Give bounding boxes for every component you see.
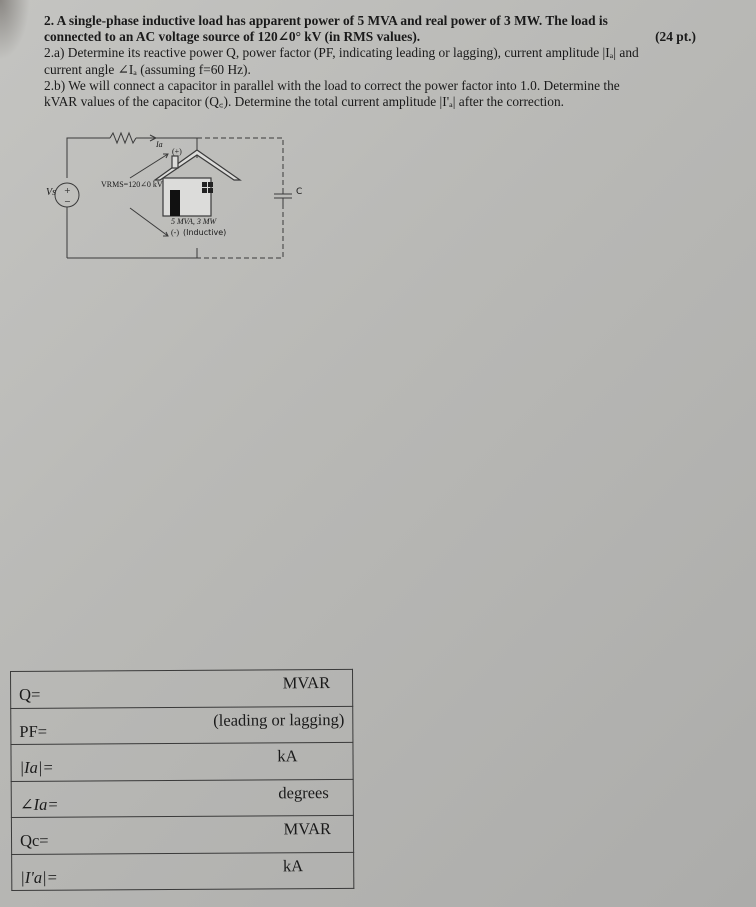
question-part-b-line-2: kVAR values of the capacitor (Q꜀). Deter… — [44, 94, 694, 110]
question-line-2-text: connected to an AC voltage source of 120… — [44, 29, 420, 44]
table-row: Qc=MVAR — [11, 815, 353, 854]
table-row: |Ia|=kA — [11, 742, 353, 781]
load-rating-label: 5 MVA, 3 MW — [171, 217, 216, 226]
row-unit: kA — [277, 746, 297, 766]
house-load-icon — [155, 150, 240, 216]
circuit-diagram: + − — [50, 118, 300, 263]
resistor-icon — [110, 133, 136, 143]
question-part-a-line-1: 2.a) Determine its reactive power Q, pow… — [44, 45, 694, 61]
question-text: 2. A single-phase inductive load has app… — [44, 13, 694, 110]
current-label: Ia — [156, 140, 163, 149]
capacitor-icon — [274, 188, 292, 204]
answer-table: Q=MVAR PF=(leading or lagging) |Ia|=kA ∠… — [10, 669, 354, 891]
row-unit: MVAR — [284, 819, 332, 839]
minus-label: (-) — [171, 228, 179, 237]
row-unit: MVAR — [283, 673, 331, 693]
photo-shadow — [0, 0, 30, 60]
answer-cell-ia-prime[interactable]: |I'a|=kA — [12, 852, 354, 891]
row-label: ∠Ia= — [20, 794, 59, 814]
row-unit: kA — [283, 856, 303, 876]
answer-cell-angle[interactable]: ∠Ia=degrees — [11, 779, 353, 818]
row-unit: (leading or lagging) — [213, 709, 344, 730]
answer-cell-ia[interactable]: |Ia|=kA — [11, 742, 353, 781]
plus-label: (+) — [172, 147, 182, 156]
load-type-label: (Inductive) — [183, 228, 226, 237]
answer-cell-qc[interactable]: Qc=MVAR — [11, 815, 353, 854]
table-row: ∠Ia=degrees — [11, 779, 353, 818]
points-label: (24 pt.) — [655, 29, 696, 45]
capacitor-label: C — [296, 187, 302, 197]
row-label: |I'a|= — [20, 867, 58, 887]
table-row: Q=MVAR — [11, 669, 353, 708]
row-label: PF= — [19, 721, 47, 741]
voltage-label: VRMS=120∠0 kV — [101, 180, 163, 189]
source-label: Vs — [46, 187, 56, 198]
answer-cell-pf[interactable]: PF=(leading or lagging) — [11, 706, 353, 745]
question-part-b-line-1: 2.b) We will connect a capacitor in para… — [44, 78, 694, 94]
row-label: Q= — [19, 685, 40, 705]
svg-text:+: + — [64, 186, 71, 195]
table-row: |I'a|=kA — [12, 852, 354, 891]
svg-text:−: − — [64, 197, 71, 206]
row-label: Qc= — [20, 831, 49, 851]
answer-cell-q[interactable]: Q=MVAR — [11, 669, 353, 708]
question-line-1: 2. A single-phase inductive load has app… — [44, 13, 694, 29]
question-part-a-line-2: current angle ∠Iₐ (assuming f=60 Hz). — [44, 62, 694, 78]
table-row: PF=(leading or lagging) — [11, 706, 353, 745]
row-label: |Ia|= — [20, 758, 54, 778]
question-line-2: connected to an AC voltage source of 120… — [44, 29, 694, 45]
row-unit: degrees — [278, 783, 329, 803]
